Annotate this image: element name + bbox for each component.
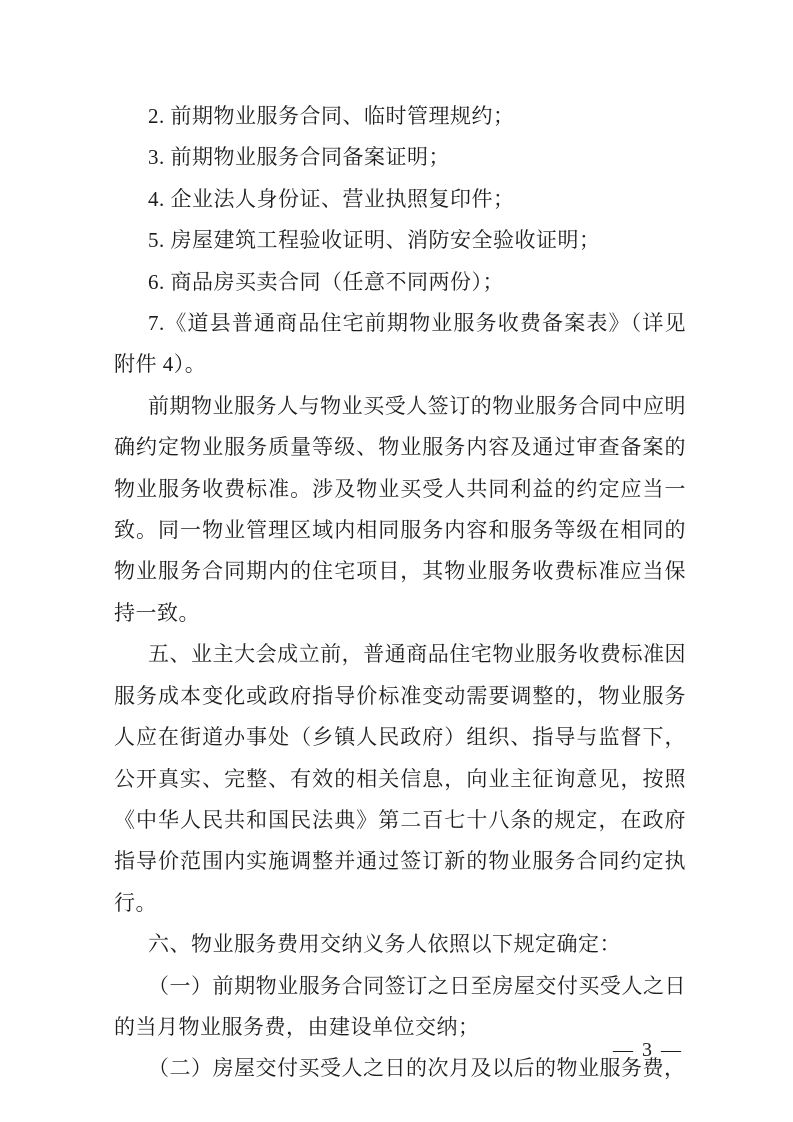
- paragraph-section-6-item-2: （二）房屋交付买受人之日的次月及以后的物业服务费，: [114, 1048, 686, 1089]
- paragraph-contract-requirements: 前期物业服务人与物业买受人签订的物业服务合同中应明确约定物业服务质量等级、物业服…: [114, 386, 686, 634]
- paragraph-section-6-heading: 六、物业服务费用交纳义务人依照以下规定确定：: [114, 924, 686, 965]
- list-item-7: 7.《道县普通商品住宅前期物业服务收费备案表》（详见附件 4）。: [114, 303, 686, 386]
- document-body: 2. 前期物业服务合同、临时管理规约； 3. 前期物业服务合同备案证明； 4. …: [114, 96, 686, 1090]
- list-item-4: 4. 企业法人身份证、营业执照复印件；: [114, 179, 686, 220]
- list-item-2: 2. 前期物业服务合同、临时管理规约；: [114, 96, 686, 137]
- document-page: 2. 前期物业服务合同、临时管理规约； 3. 前期物业服务合同备案证明； 4. …: [0, 0, 793, 1122]
- page-number: — 3 —: [613, 1036, 683, 1064]
- list-item-6: 6. 商品房买卖合同（任意不同两份）；: [114, 262, 686, 303]
- list-item-5: 5. 房屋建筑工程验收证明、消防安全验收证明；: [114, 220, 686, 261]
- list-item-3: 3. 前期物业服务合同备案证明；: [114, 137, 686, 178]
- paragraph-section-5: 五、业主大会成立前，普通商品住宅物业服务收费标准因服务成本变化或政府指导价标准变…: [114, 634, 686, 924]
- paragraph-section-6-item-1: （一）前期物业服务合同签订之日至房屋交付买受人之日的当月物业服务费，由建设单位交…: [114, 966, 686, 1049]
